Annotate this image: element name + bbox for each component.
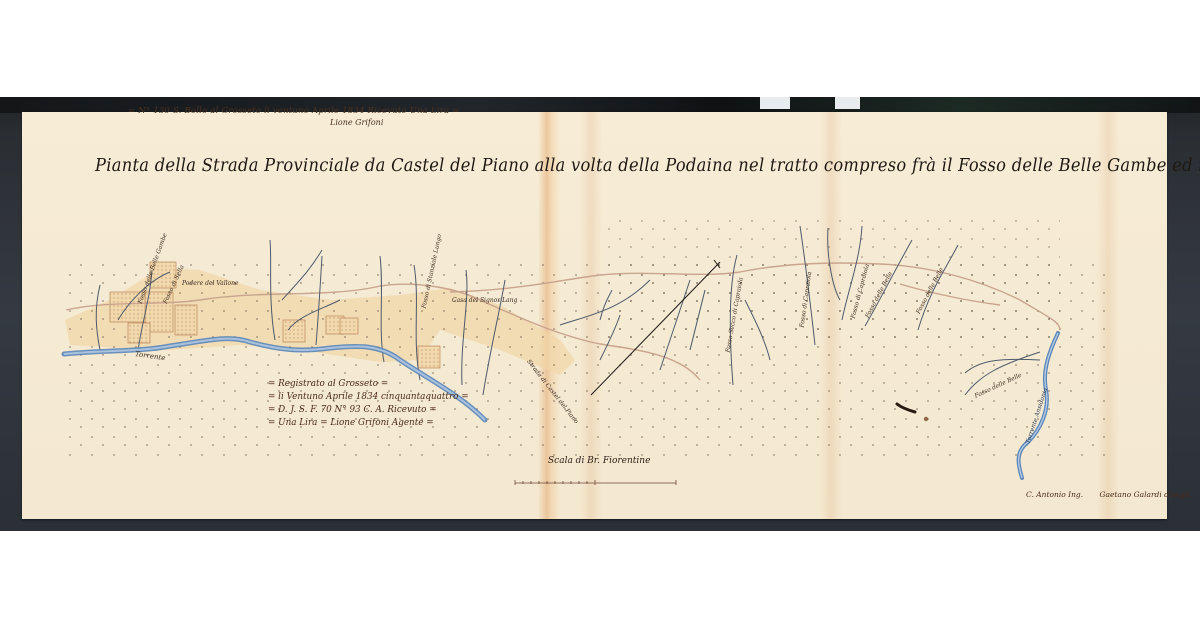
draftsman-signature: Gaetano Galardi disegn.: [1100, 490, 1192, 499]
backdrop-highlight: [835, 97, 860, 109]
place-label: Casa del Signor Lang: [452, 297, 517, 304]
scale-bar: [513, 478, 678, 486]
backdrop-highlight: [760, 97, 790, 109]
registration-line: = Registrato al Grosseto =: [268, 378, 469, 391]
signatures: C. Antonio Ing. Gaetano Galardi disegn.: [1026, 490, 1200, 499]
engineer-signature: C. Antonio Ing.: [1026, 490, 1083, 499]
registration-line: = Una Lira = Lione Grifoni Agente =: [268, 417, 469, 430]
registration-line: = D. J. S. F. 70 N° 93 C. A. Ricevuto =: [268, 404, 469, 417]
place-label: Podere del Vallone: [182, 280, 239, 287]
registration-line: = li Ventuno Aprile 1834 cinquantaquattr…: [268, 391, 469, 404]
scale-label: Scala di Br. Fiorentine: [548, 456, 650, 466]
registration-note: = Registrato al Grosseto = = li Ventuno …: [268, 378, 469, 430]
